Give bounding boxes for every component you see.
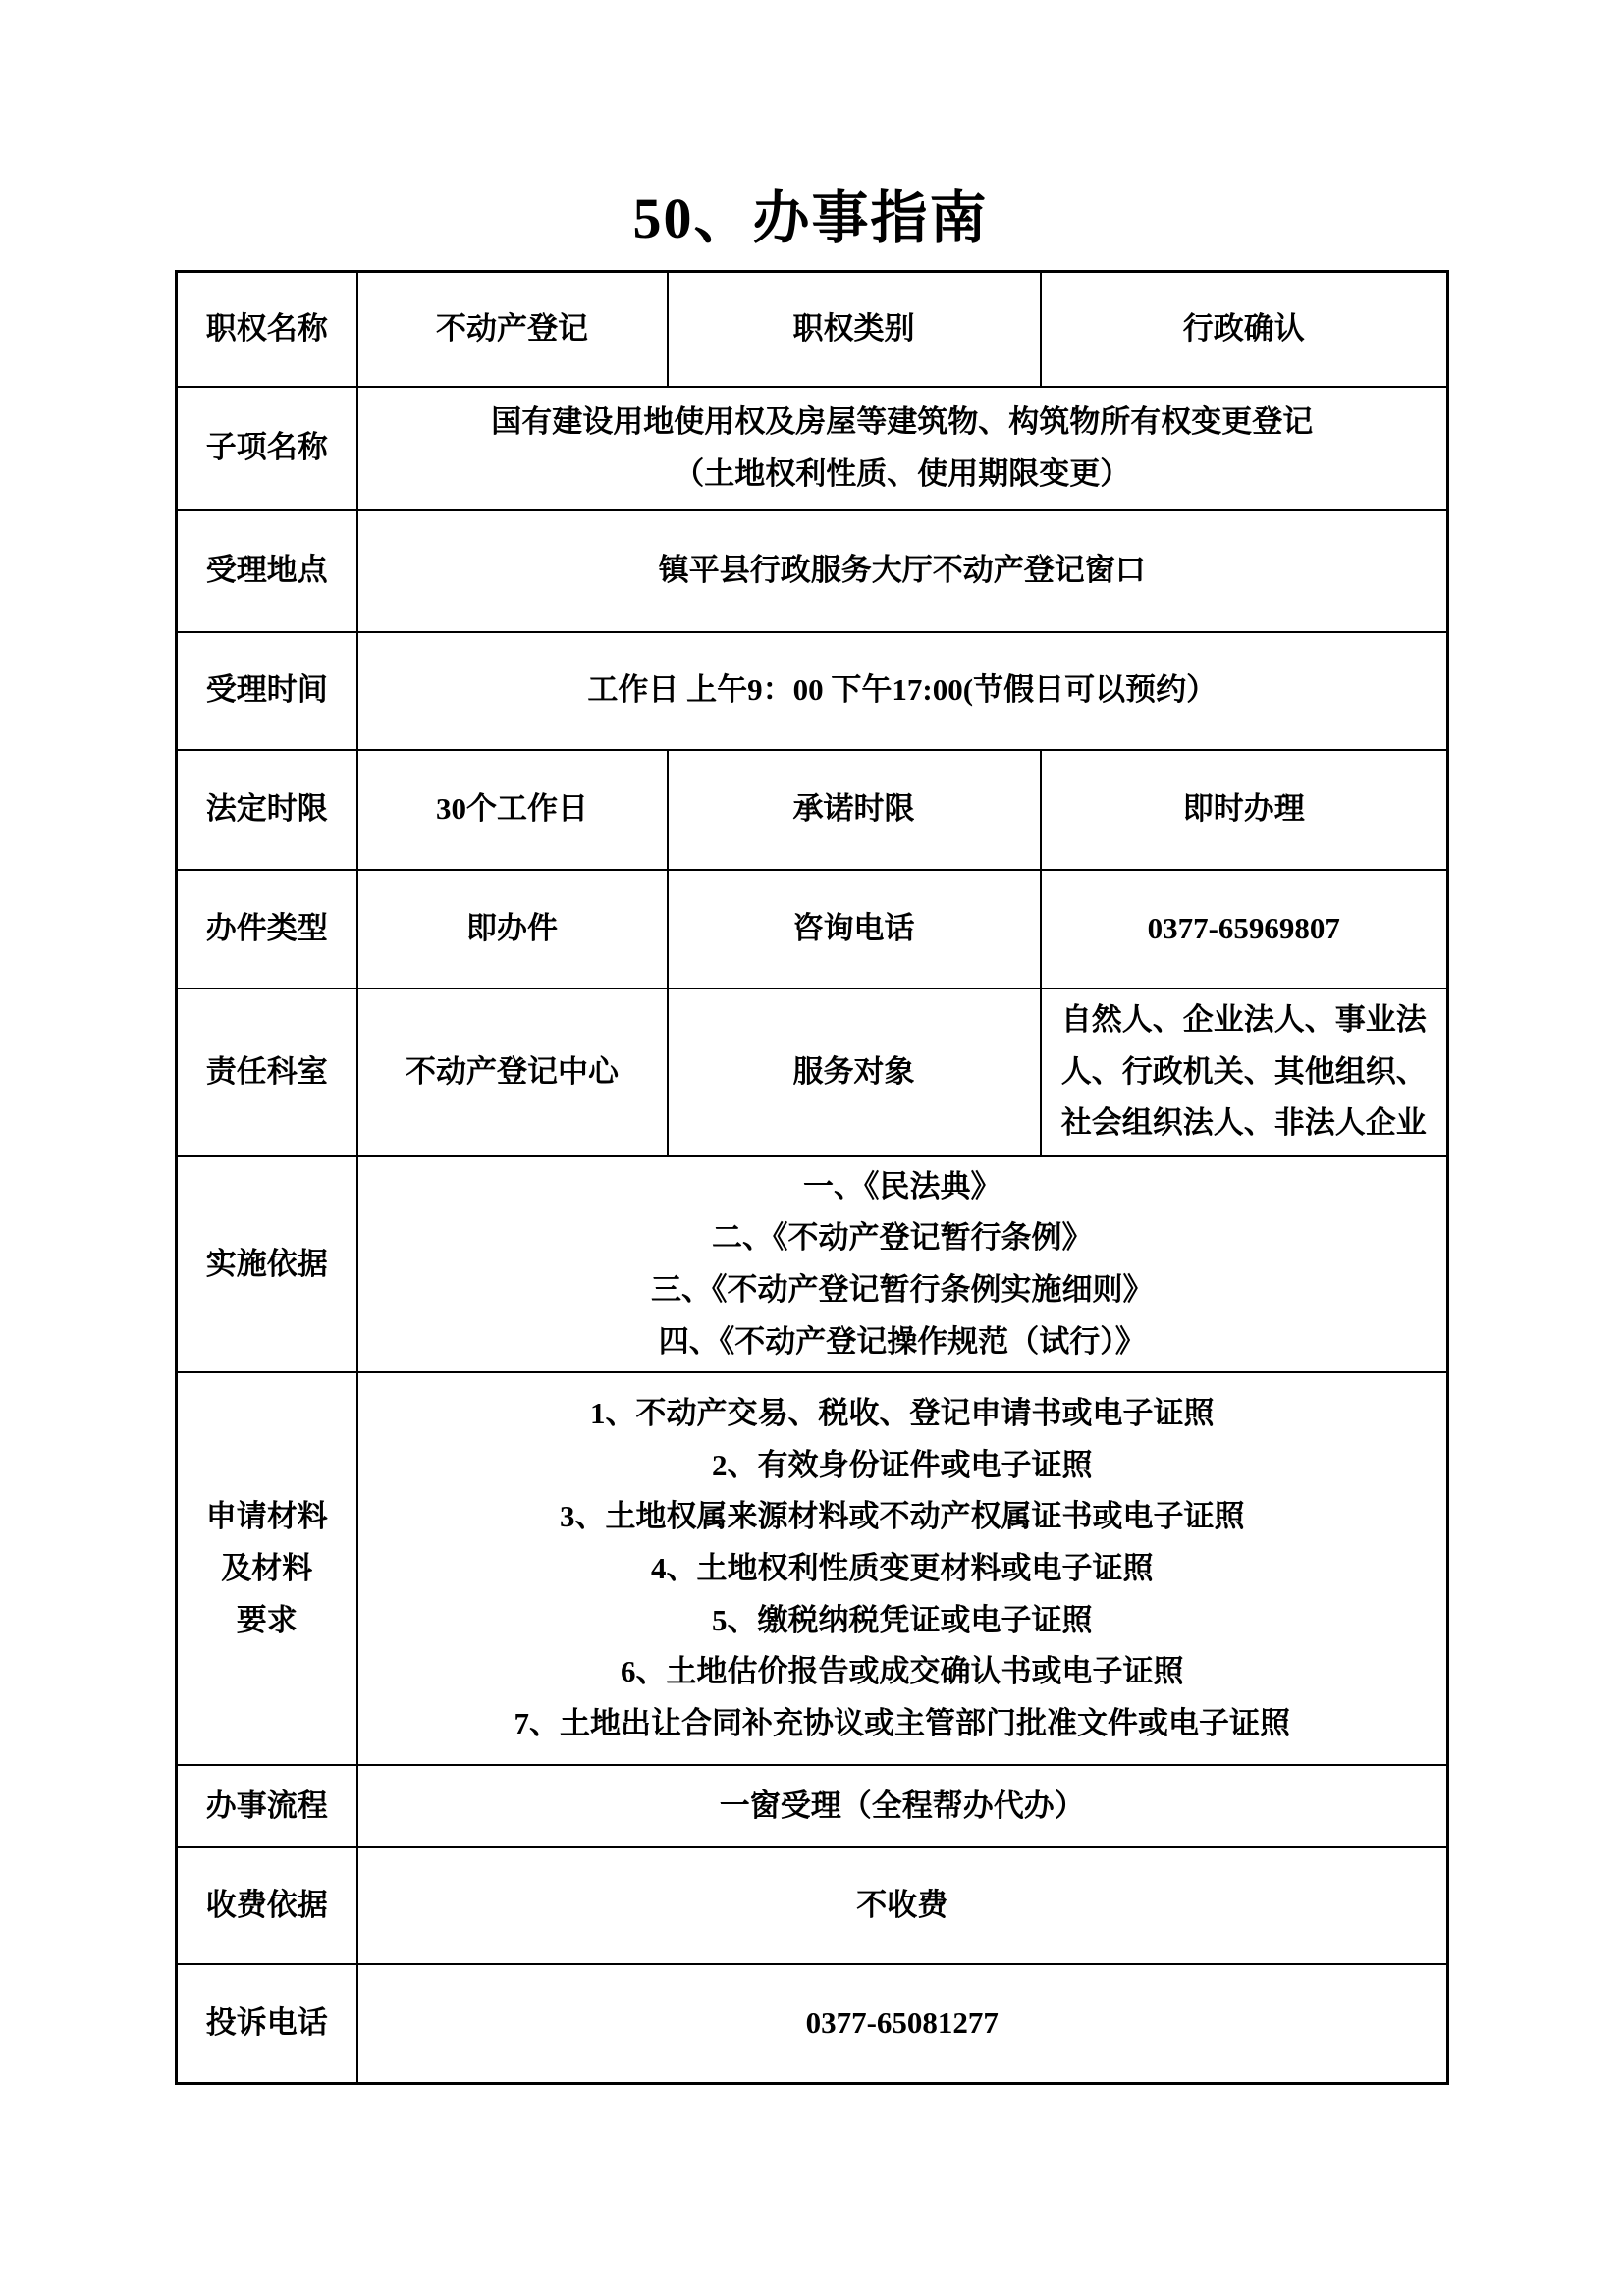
authority-category-value: 行政确认 <box>1041 272 1448 387</box>
document-page: 50、办事指南 职权名称 不动产登记 职权类别 行政确认 子项名称 国有建设用地… <box>0 0 1624 2296</box>
table-row: 投诉电话 0377-65081277 <box>177 1964 1448 2083</box>
table-row: 法定时限 30个工作日 承诺时限 即时办理 <box>177 750 1448 870</box>
responsible-dept-label: 责任科室 <box>177 988 357 1156</box>
complaint-phone-value: 0377-65081277 <box>357 1964 1448 2083</box>
legal-basis-value: 一、《民法典》 二、《不动产登记暂行条例》 三、《不动产登记暂行条例实施细则》 … <box>357 1156 1448 1373</box>
service-target-value: 自然人、企业法人、事业法人、行政机关、其他组织、社会组织法人、非法人企业 <box>1041 988 1448 1156</box>
table-row: 收费依据 不收费 <box>177 1847 1448 1964</box>
application-materials-value: 1、不动产交易、税收、登记申请书或电子证照 2、有效身份证件或电子证照 3、土地… <box>357 1372 1448 1765</box>
process-label: 办事流程 <box>177 1765 357 1847</box>
table-row: 受理时间 工作日 上午9：00 下午17:00(节假日可以预约） <box>177 632 1448 750</box>
table-row: 实施依据 一、《民法典》 二、《不动产登记暂行条例》 三、《不动产登记暂行条例实… <box>177 1156 1448 1373</box>
service-guide-table: 职权名称 不动产登记 职权类别 行政确认 子项名称 国有建设用地使用权及房屋等建… <box>175 270 1449 2085</box>
service-target-label: 服务对象 <box>668 988 1041 1156</box>
promised-time-limit-label: 承诺时限 <box>668 750 1041 870</box>
table-row: 职权名称 不动产登记 职权类别 行政确认 <box>177 272 1448 387</box>
table-row: 受理地点 镇平县行政服务大厅不动产登记窗口 <box>177 510 1448 632</box>
subitem-name-label: 子项名称 <box>177 387 357 510</box>
table-row: 申请材料 及材料 要求 1、不动产交易、税收、登记申请书或电子证照 2、有效身份… <box>177 1372 1448 1765</box>
complaint-phone-label: 投诉电话 <box>177 1964 357 2083</box>
fee-basis-label: 收费依据 <box>177 1847 357 1964</box>
table-row: 办件类型 即办件 咨询电话 0377-65969807 <box>177 870 1448 988</box>
responsible-dept-value: 不动产登记中心 <box>357 988 668 1156</box>
legal-time-limit-value: 30个工作日 <box>357 750 668 870</box>
fee-basis-value: 不收费 <box>357 1847 1448 1964</box>
legal-basis-label: 实施依据 <box>177 1156 357 1373</box>
table-row: 办事流程 一窗受理（全程帮办代办） <box>177 1765 1448 1847</box>
page-title: 50、办事指南 <box>175 185 1446 253</box>
table-row: 责任科室 不动产登记中心 服务对象 自然人、企业法人、事业法人、行政机关、其他组… <box>177 988 1448 1156</box>
consult-phone-label: 咨询电话 <box>668 870 1041 988</box>
authority-name-label: 职权名称 <box>177 272 357 387</box>
legal-time-limit-label: 法定时限 <box>177 750 357 870</box>
subitem-name-value: 国有建设用地使用权及房屋等建筑物、构筑物所有权变更登记 （土地权利性质、使用期限… <box>357 387 1448 510</box>
accept-location-value: 镇平县行政服务大厅不动产登记窗口 <box>357 510 1448 632</box>
case-type-label: 办件类型 <box>177 870 357 988</box>
case-type-value: 即办件 <box>357 870 668 988</box>
process-value: 一窗受理（全程帮办代办） <box>357 1765 1448 1847</box>
table-row: 子项名称 国有建设用地使用权及房屋等建筑物、构筑物所有权变更登记 （土地权利性质… <box>177 387 1448 510</box>
application-materials-label: 申请材料 及材料 要求 <box>177 1372 357 1765</box>
accept-time-label: 受理时间 <box>177 632 357 750</box>
authority-name-value: 不动产登记 <box>357 272 668 387</box>
authority-category-label: 职权类别 <box>668 272 1041 387</box>
accept-time-value: 工作日 上午9：00 下午17:00(节假日可以预约） <box>357 632 1448 750</box>
consult-phone-value: 0377-65969807 <box>1041 870 1448 988</box>
promised-time-limit-value: 即时办理 <box>1041 750 1448 870</box>
accept-location-label: 受理地点 <box>177 510 357 632</box>
